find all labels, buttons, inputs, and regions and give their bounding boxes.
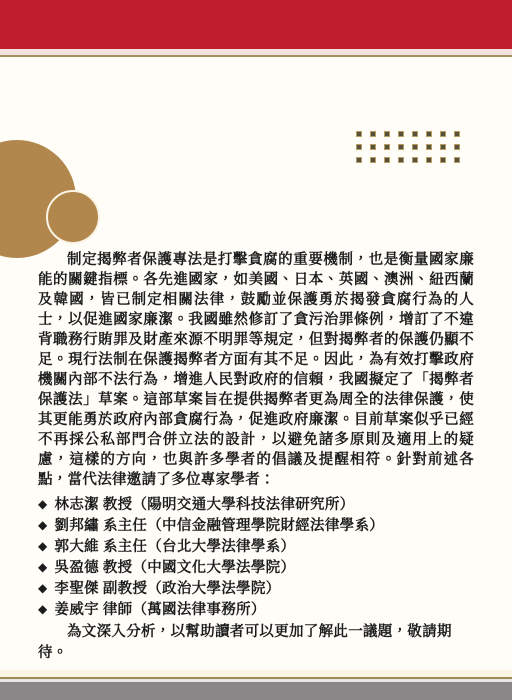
dot [357,145,361,149]
dot [399,132,403,136]
dot [427,158,431,162]
header-gold-line [0,55,512,57]
diamond-bullet-icon: ◆ [38,557,48,578]
intro-paragraph: 制定揭弊者保護專法是打擊貪腐的重要機制，也是衡量國家廉能的關鍵指標。各先進國家，… [38,250,474,490]
dot [399,158,403,162]
dot [371,158,375,162]
expert-label: 劉邦繡 系主任（中信金融管理學院財經法律學系） [55,516,385,537]
expert-item: ◆ 李聖傑 副教授（政治大學法學院） [38,579,474,600]
dot [413,145,417,149]
dot [413,158,417,162]
header-red-bar [0,0,512,49]
circle-decoration-small [46,190,100,244]
dot [455,158,459,162]
dot [371,132,375,136]
footer-cream-strip [0,670,512,677]
dot [441,132,445,136]
expert-item: ◆ 林志潔 教授（陽明交通大學科技法律研究所） [38,495,474,516]
expert-label: 吳盈德 教授（中國文化大學法學院） [55,558,296,579]
dot [371,145,375,149]
diamond-bullet-icon: ◆ [38,599,48,620]
closing-paragraph: 為文深入分析，以幫助讀者可以更加了解此一議題，敬請期待。 [38,622,474,664]
footer-gray-bar [0,682,512,700]
experts-list: ◆ 林志潔 教授（陽明交通大學科技法律研究所） ◆ 劉邦繡 系主任（中信金融管理… [38,495,474,621]
expert-item: ◆ 姜威宇 律師（萬國法律事務所） [38,600,474,621]
dots-pattern [357,132,459,162]
expert-label: 李聖傑 副教授（政治大學法學院） [55,579,281,600]
magazine-page: 制定揭弊者保護專法是打擊貪腐的重要機制，也是衡量國家廉能的關鍵指標。各先進國家，… [0,0,512,700]
diamond-bullet-icon: ◆ [38,536,48,557]
diamond-bullet-icon: ◆ [38,494,48,515]
dot [427,132,431,136]
dot [413,132,417,136]
dot [357,158,361,162]
dot [455,132,459,136]
expert-item: ◆ 劉邦繡 系主任（中信金融管理學院財經法律學系） [38,516,474,537]
text-content: 制定揭弊者保護專法是打擊貪腐的重要機制，也是衡量國家廉能的關鍵指標。各先進國家，… [38,250,474,692]
expert-label: 郭大維 系主任（台北大學法律學系） [55,537,296,558]
dot [385,132,389,136]
diamond-bullet-icon: ◆ [38,578,48,599]
expert-item: ◆ 郭大維 系主任（台北大學法律學系） [38,537,474,558]
dot [385,158,389,162]
dot [399,145,403,149]
dot [455,145,459,149]
dot [385,145,389,149]
expert-label: 姜威宇 律師（萬國法律事務所） [55,600,266,621]
expert-label: 林志潔 教授（陽明交通大學科技法律研究所） [55,495,355,516]
dot [441,158,445,162]
dot [357,132,361,136]
diamond-bullet-icon: ◆ [38,515,48,536]
dot [427,145,431,149]
expert-item: ◆ 吳盈德 教授（中國文化大學法學院） [38,558,474,579]
dot [441,145,445,149]
